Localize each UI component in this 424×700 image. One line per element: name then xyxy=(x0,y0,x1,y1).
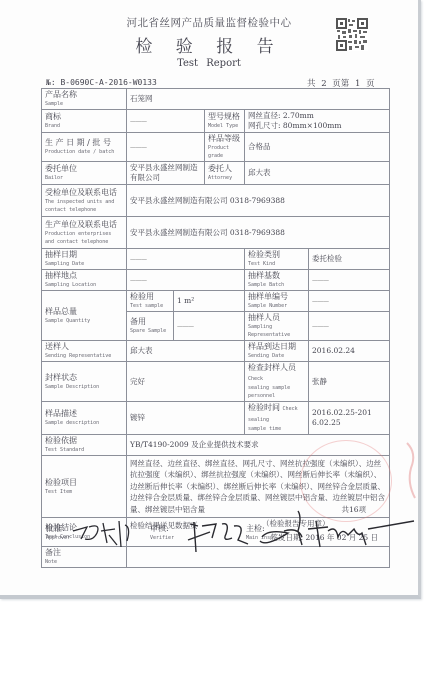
label-model: 型号规格 xyxy=(208,112,241,122)
label-brand-en: Brand xyxy=(45,122,123,130)
label-sample-description: 样品描述 xyxy=(45,409,123,419)
label-sampling-location: 抽样地点 xyxy=(45,271,123,281)
label-check-time-en: sample time xyxy=(248,425,305,433)
label-check-personnel-cn: 检查封样人员 xyxy=(248,363,296,372)
label-test-kind-en: Test Kind xyxy=(248,260,305,268)
label-check-time-cn: 检验时间 xyxy=(248,403,280,412)
row-sample: 产品名称Sample 石笼网 xyxy=(42,89,390,110)
value-sample-batch: ——— xyxy=(312,277,329,284)
label-sample-state-en: Sample Description xyxy=(45,383,123,391)
row-sample-quantity-test: 样品总量Sample Quantity 检验用Test sample 1 m² … xyxy=(42,291,390,312)
row-sample-description: 样品描述Sample description 镀锌 检验时间 Check sea… xyxy=(42,402,390,435)
label-inspected-unit-en: The inspected units and contact telephon… xyxy=(45,198,123,214)
value-model-mesh: 网孔尺寸: 80mm×100mm xyxy=(248,121,386,131)
label-sample-batch-en: Sample Batch xyxy=(248,281,305,289)
label-test-sample: 检验用 xyxy=(130,292,170,302)
row-sampling-date: 抽样日期Sampling Date ——— 检验类别Test Kind 委托检验 xyxy=(42,249,390,270)
label-sampling-location-en: Sampling Location xyxy=(45,281,123,289)
value-check-time-1: 2016.02.25-201 xyxy=(312,408,386,418)
label-sending-rep-en: Sending Representative xyxy=(45,352,123,360)
qr-code-icon xyxy=(336,18,368,51)
label-sample-state: 封样状态 xyxy=(45,373,123,383)
row-inspected-unit: 受检单位及联系电话The inspected units and contact… xyxy=(42,185,390,217)
row-sample-state: 封样状态Sample Description 完好 检查封样人员 Checkse… xyxy=(42,362,390,402)
label-sampling-rep-en: Sampling Representative xyxy=(248,323,305,339)
value-brand: ——— xyxy=(130,118,147,125)
label-brand: 商标 xyxy=(45,112,123,122)
value-sampling-date: ——— xyxy=(130,256,147,263)
value-test-sample: 1 m² xyxy=(177,296,194,305)
value-production-date: ——— xyxy=(130,144,147,151)
value-sample-number: ——— xyxy=(312,298,329,305)
label-check-personnel: 检查封样人员 Check xyxy=(248,363,305,384)
approver-label-en: Approver xyxy=(46,534,70,542)
label-sample-batch: 抽样基数 xyxy=(248,271,305,281)
value-grade: 合格品 xyxy=(248,142,271,151)
report-page: 河北省丝网产品质量监督检验中心 检 验 报 告 Test Report №: B… xyxy=(0,0,421,599)
label-production-date: 生 产 日 期 / 批 号 xyxy=(45,138,123,148)
label-attorney-en: Attorney xyxy=(208,174,241,182)
verifier-label: 审核: Verifier xyxy=(150,523,174,542)
label-production-date-en: Production date / batch xyxy=(45,148,123,156)
label-sampling-date-en: Sampling Date xyxy=(45,260,123,268)
approver-signature xyxy=(71,517,146,552)
label-sampling-rep: 抽样人员 xyxy=(248,313,305,323)
label-sending-rep: 送样人 xyxy=(45,342,123,352)
value-sampling-location: ——— xyxy=(130,277,147,284)
label-production-unit-en: Production enterprises and contact telep… xyxy=(45,230,123,246)
value-model-wire: 网丝直径: 2.70mm xyxy=(248,111,386,121)
label-spare-sample: 备用 xyxy=(130,317,170,327)
value-test-kind: 委托检验 xyxy=(312,254,342,263)
value-bailor: 安平县永盛丝网制造有限公司 xyxy=(130,163,198,182)
value-inspected-unit: 安平县永盛丝网制造有限公司 0318-7969388 xyxy=(130,196,285,205)
verifier-signature xyxy=(186,518,251,556)
label-check-personnel-en: sealing sample personnel xyxy=(248,384,305,400)
value-sample: 石笼网 xyxy=(130,94,153,103)
seal-edge-mark xyxy=(405,438,419,508)
label-model-en: Model Type xyxy=(208,122,241,130)
label-grade-en: Product grade xyxy=(208,144,241,160)
row-brand: 商标Brand ——— 型号规格Model Type 网丝直径: 2.70mm网… xyxy=(42,110,390,133)
label-bailor-en: Bailor xyxy=(45,174,123,182)
value-spare-sample: ——— xyxy=(177,323,194,330)
value-test-standard: YB/T4190-2009 及企业提供技术要求 xyxy=(130,440,259,449)
row-bailor: 委托单位Bailor 安平县永盛丝网制造有限公司 委托人Attorney 邱大表 xyxy=(42,162,390,185)
value-sample-state: 完好 xyxy=(130,377,145,386)
value-attorney: 邱大表 xyxy=(248,168,271,177)
label-sample: 产品名称 xyxy=(45,90,123,100)
label-test-standard: 检验依据 xyxy=(45,436,123,446)
label-sample-en: Sample xyxy=(45,100,123,108)
row-production-date: 生 产 日 期 / 批 号Production date / batch ———… xyxy=(42,133,390,162)
value-check-time-2: 6.02.25 xyxy=(312,418,386,428)
label-sending-date: 样品到达日期 xyxy=(248,342,305,352)
report-title-en: Test Report xyxy=(0,58,418,69)
label-spare-sample-en: Spare Sample xyxy=(130,327,170,335)
label-sample-number-en: Sample Number xyxy=(248,302,305,310)
verifier-label-en: Verifier xyxy=(150,534,174,542)
value-sending-date: 2016.02.24 xyxy=(312,346,355,355)
label-test-item-en: Test Item xyxy=(45,488,123,496)
value-sending-rep: 邱大表 xyxy=(130,346,153,355)
approver-label: 批准: Approver xyxy=(46,523,70,542)
value-sample-description: 镀锌 xyxy=(130,413,145,422)
report-number: №: B-0690C-A-2016-W0133 xyxy=(46,78,157,87)
label-bailor: 委托单位 xyxy=(45,164,123,174)
label-sample-description-en: Sample description xyxy=(45,419,123,427)
label-grade: 样品等级 xyxy=(208,134,241,144)
main-inspector-signature xyxy=(258,507,418,557)
row-sending-rep: 送样人Sending Representative 邱大表 样品到达日期Send… xyxy=(42,341,390,362)
label-attorney: 委托人 xyxy=(208,164,241,174)
label-sample-quantity-en: Sample Quantity xyxy=(45,317,123,325)
label-sampling-date: 抽样日期 xyxy=(45,250,123,260)
label-inspected-unit: 受检单位及联系电话 xyxy=(45,188,123,198)
label-test-sample-en: Test sample xyxy=(130,302,170,310)
value-check-personnel: 张静 xyxy=(312,377,327,386)
label-check-time: 检验时间 Check sealing xyxy=(248,403,305,425)
label-test-kind: 检验类别 xyxy=(248,250,305,260)
row-production-unit: 生产单位及联系电话Production enterprises and cont… xyxy=(42,217,390,249)
label-production-unit: 生产单位及联系电话 xyxy=(45,220,123,230)
row-sampling-location: 抽样地点Sampling Location ——— 抽样基数Sample Bat… xyxy=(42,270,390,291)
approver-label-cn: 批准: xyxy=(46,524,65,533)
value-production-unit: 安平县永盛丝网制造有限公司 0318-7969388 xyxy=(130,228,285,237)
label-test-standard-en: Test Standard xyxy=(45,446,123,454)
label-sample-number: 抽样单编号 xyxy=(248,292,305,302)
label-sample-quantity: 样品总量 xyxy=(45,307,123,317)
label-test-item: 检验项目 xyxy=(45,478,123,488)
value-sampling-rep: ——— xyxy=(312,323,329,330)
label-sending-date-en: Sending Date xyxy=(248,352,305,360)
verifier-label-cn: 审核: xyxy=(150,524,169,533)
label-check-personnel-en-inline: Check xyxy=(248,376,263,382)
signature-row: 批准: Approver 审核: Verifier 主检: Main insp. xyxy=(46,521,406,561)
